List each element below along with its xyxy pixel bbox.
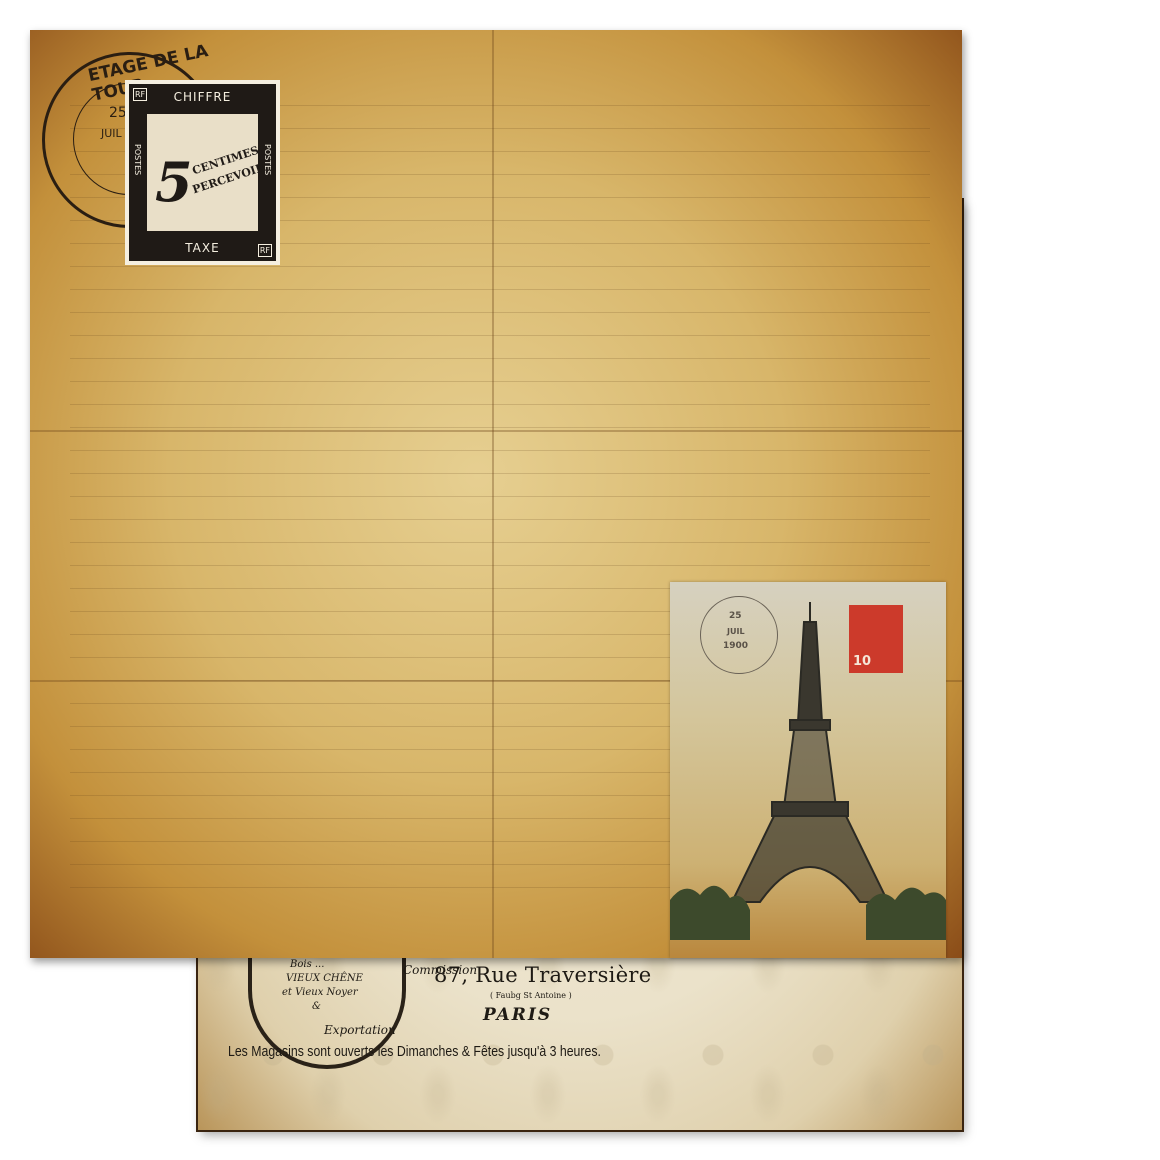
stamp-value: 5 xyxy=(155,150,193,214)
fold-line xyxy=(30,430,962,432)
cartouche-line: VIEUX CHÊNE xyxy=(286,973,363,984)
address-subtext: ( Faubg St Antoine ) xyxy=(490,991,572,1000)
exportation-label: Exportation xyxy=(324,1023,396,1037)
stamp-side-label: POSTES xyxy=(133,144,142,175)
eiffel-tower-postcard: 25 JUIL 1900 10 xyxy=(670,582,946,958)
cartouche-line: & xyxy=(312,1001,321,1012)
vintage-advert: Bois ... VIEUX CHÊNE et Vieux Noyer & Co… xyxy=(228,955,688,1115)
trees-illustration xyxy=(670,870,946,940)
stamp-top-label: CHIFFRE xyxy=(129,90,276,104)
postmark-month: JUIL xyxy=(101,127,122,140)
city-text: PARIS xyxy=(483,1005,552,1025)
cartouche-line: Bois ... xyxy=(290,959,324,970)
hours-text: Les Magasins sont ouverts les Dimanches … xyxy=(228,1043,601,1060)
stamp-center: 5 CENTIMES PERCEVOIR xyxy=(147,114,258,231)
fold-line xyxy=(492,30,494,958)
postage-due-stamp: RF RF CHIFFRE POSTES POSTES 5 CENTIMES P… xyxy=(125,80,280,265)
stamp-bottom-label: TAXE xyxy=(129,241,276,255)
address-text: 87, Rue Traversière xyxy=(434,963,652,987)
cartouche-line: et Vieux Noyer xyxy=(282,987,358,998)
